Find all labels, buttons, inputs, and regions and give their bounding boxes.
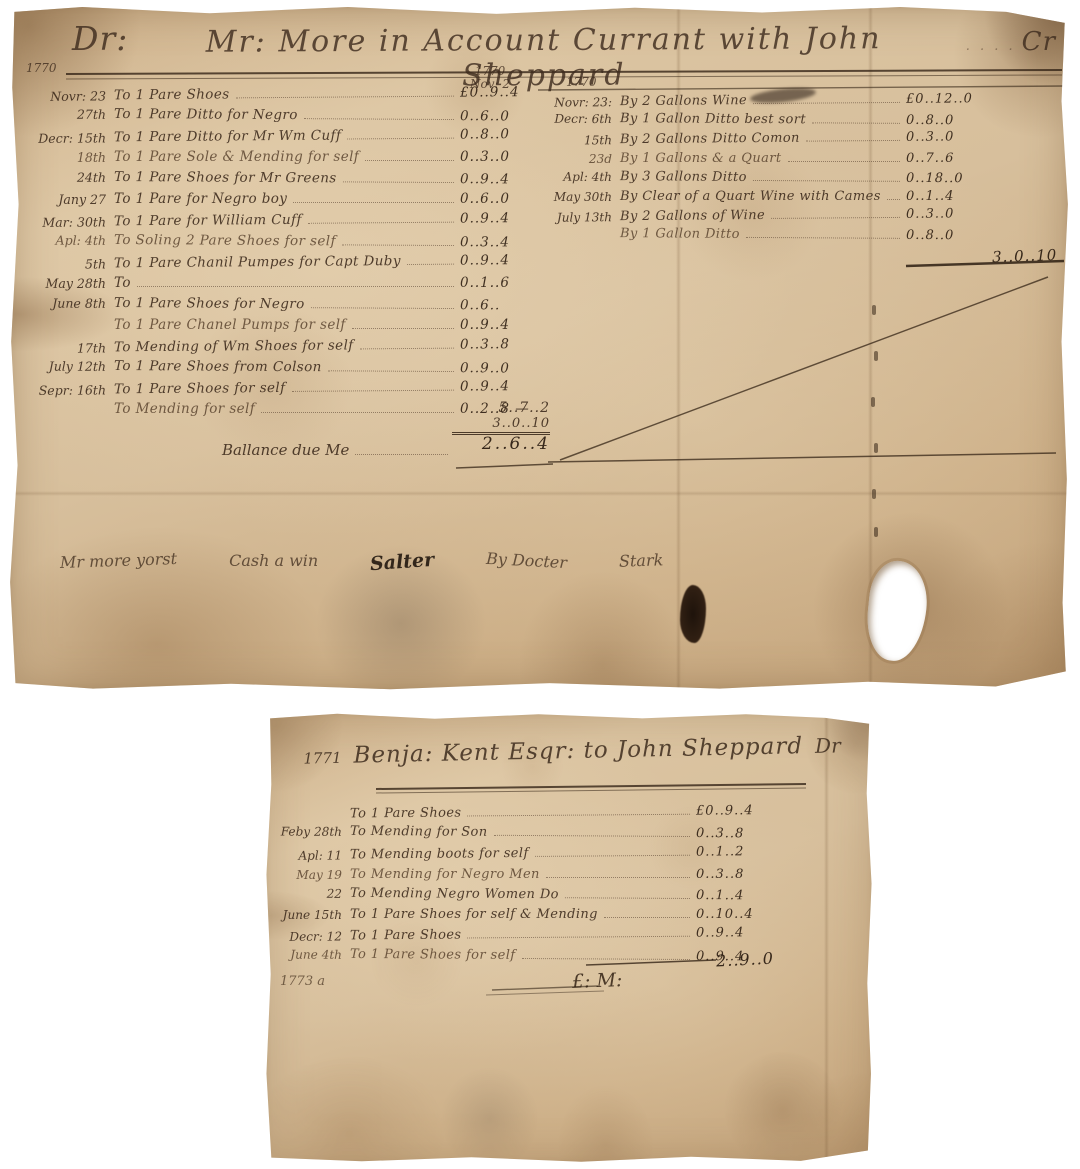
entry-date: Sepr: 16th — [22, 382, 114, 398]
entry-date: July 12th — [22, 358, 114, 374]
paper-sheet-1770-account: Dr: Mr: More in Account Currant with Joh… — [8, 5, 1070, 692]
debit-table-row: June 8th To 1 Pare Shoes for Negro 0..6.… — [22, 289, 542, 313]
dot-leader — [236, 96, 454, 99]
entry-amount: 0..9..4 — [460, 210, 542, 227]
debit-entries-table: Novr: 23 To 1 Pare Shoes £0..9..4 27th T… — [22, 81, 542, 417]
entry-description: To 1 Pare Chanel Pumps for self — [114, 317, 346, 333]
entry-description: To 1 Pare Shoes for Negro — [114, 295, 305, 312]
entry-amount: 0..3..0 — [906, 207, 988, 223]
table-row: 22 To Mending Negro Women Do 0..1..4 — [276, 880, 778, 903]
entry-date: May 19 — [276, 868, 350, 882]
dot-leader — [521, 958, 690, 960]
header-year: 1771 — [303, 749, 342, 768]
stitch-mark — [874, 527, 878, 537]
entry-description: To Soling 2 Pare Shoes for self — [114, 232, 336, 249]
entry-description: By 3 Gallons Ditto — [620, 169, 747, 185]
entry-date: Decr: 6th — [536, 112, 620, 127]
dot-leader — [806, 140, 900, 142]
entry-description: To 1 Pare Sole & Mending for self — [114, 149, 359, 165]
entry-amount: £0..9..4 — [460, 84, 542, 101]
stitch-mark — [874, 443, 878, 453]
entry-date: June 15th — [276, 908, 350, 922]
entry-date: 22 — [276, 886, 350, 900]
debit-table-row: Jany 27 To 1 Pare for Negro boy 0..6..0 — [22, 186, 542, 207]
dot-leader — [753, 180, 900, 182]
dot-leader — [887, 199, 900, 200]
stitch-mark — [872, 489, 876, 499]
entry-description: By 1 Gallon Ditto best sort — [620, 112, 806, 128]
entry-amount: 0..6.. — [460, 297, 542, 314]
entry-amount: 0..3..0 — [460, 149, 542, 165]
dot-leader — [812, 123, 900, 125]
entry-amount: £0..9..4 — [696, 803, 778, 819]
dot-leader — [565, 897, 690, 899]
dot-leader — [328, 370, 454, 372]
debit-table-row: Decr: 15th To 1 Pare Ditto for Mr Wm Cuf… — [22, 121, 542, 146]
entry-date: Apl: 4th — [536, 170, 620, 185]
dot-leader — [352, 328, 454, 329]
entry-date: Apl: 11 — [276, 849, 350, 864]
entry-date: 24th — [22, 169, 114, 185]
credit-table-row: By 1 Gallon Ditto 0..8..0 — [536, 222, 988, 244]
debit-sum: 5..7..2 — [452, 401, 550, 416]
credit-entries-table: Novr: 23: By 2 Gallons Wine £0..12..0 De… — [536, 89, 988, 243]
entry-description: To Mending for self — [114, 401, 255, 417]
entry-amount: 0..18..0 — [906, 171, 988, 187]
stitch-mark — [874, 351, 878, 361]
balance-label: Ballance due Me — [222, 441, 349, 459]
signature-initials: £: M: — [572, 969, 623, 993]
entry-amount: 0..3..0 — [906, 130, 988, 146]
debit-table-row: 5th To 1 Pare Chanil Pumpes for Capt Dub… — [22, 247, 542, 272]
entry-description: To 1 Pare Shoes from Colson — [114, 358, 322, 375]
balance-line: Ballance due Me — [222, 441, 454, 459]
dot-leader — [308, 222, 454, 224]
dot-leader — [746, 237, 900, 239]
debit-side-label: Dr: — [72, 19, 128, 58]
entry-date: Apl: 4th — [22, 232, 114, 248]
entry-date: Jany 27 — [22, 192, 114, 207]
debit-table-row: 24th To 1 Pare Shoes for Mr Greens 0..9.… — [22, 163, 542, 187]
entry-description: To 1 Pare Chanil Pumpes for Capt Duby — [114, 253, 401, 271]
entry-amount: 0..3..8 — [460, 336, 542, 353]
dot-leader — [535, 855, 690, 857]
entry-amount: 0..8..0 — [460, 126, 542, 143]
entry-date: Feby 28th — [276, 825, 350, 839]
table-row: June 15th To 1 Pare Shoes for self & Men… — [276, 902, 778, 922]
dot-leader — [342, 244, 454, 246]
entry-description: To 1 Pare Shoes for self & Mending — [350, 907, 598, 922]
dot-leader — [261, 412, 454, 413]
entry-description: To Mending boots for self — [350, 846, 529, 862]
entry-description: By 1 Gallons & a Quart — [620, 151, 782, 166]
stitch-mark — [872, 305, 876, 315]
dot-leader — [467, 936, 690, 939]
dot-leader — [494, 836, 690, 838]
entry-amount: 0..3..8 — [696, 867, 778, 882]
dot-leader — [546, 877, 690, 878]
dot-leader — [771, 217, 900, 219]
entry-date: June 8th — [22, 295, 114, 311]
dot-leader — [292, 390, 455, 392]
scanned-document-image: Dr: Mr: More in Account Currant with Joh… — [0, 0, 1080, 1169]
entries-table: To 1 Pare Shoes £0..9..4 Feby 28th To Me… — [276, 800, 778, 963]
dot-leader — [304, 118, 454, 120]
year-note: 1773 a — [280, 974, 325, 989]
dot-leader — [137, 286, 454, 287]
dot-leader — [365, 160, 454, 161]
entry-date: June 4th — [276, 948, 350, 962]
credit-table-row: May 30th By Clear of a Quart Wine with C… — [536, 185, 988, 204]
dot-leader — [311, 307, 454, 309]
table-row: May 19 To Mending for Negro Men 0..3..8 — [276, 861, 778, 881]
dot-leader — [407, 264, 454, 265]
entry-description: To Mending Negro Women Do — [350, 886, 559, 902]
entry-amount: 0..1..4 — [696, 888, 778, 904]
dot-leader — [788, 161, 901, 162]
debit-side-label: Dr — [815, 733, 841, 758]
entry-amount: 0..1..6 — [460, 275, 542, 291]
scribble-word: Salter — [370, 549, 436, 575]
dot-leader — [355, 454, 448, 455]
paper-sheet-1771-account: 1771 Benja: Kent Esqr: to John Sheppard … — [264, 712, 874, 1164]
entry-date: May 30th — [536, 190, 620, 204]
stitch-mark — [871, 397, 875, 407]
entry-date: 15th — [536, 134, 620, 149]
entry-description: By Clear of a Quart Wine with Cames — [620, 189, 881, 204]
table-row: June 4th To 1 Pare Shoes for self 0..9..… — [276, 941, 778, 964]
scribble-word: Stark — [619, 550, 664, 574]
entry-amount: 0..9..4 — [460, 378, 542, 395]
debit-table-row: May 28th To 0..1..6 — [22, 270, 542, 291]
balance-amount: 2..6..4 — [452, 435, 550, 452]
entry-amount: 0..1..2 — [696, 844, 778, 860]
year-right: 1770 — [566, 75, 597, 89]
entry-amount: 0..9..4 — [696, 926, 778, 942]
dot-leader — [293, 202, 454, 203]
entry-description: To 1 Pare for Negro boy — [114, 191, 287, 207]
credit-side-label: Cr — [1022, 27, 1056, 57]
entry-description: To 1 Pare Shoes for Mr Greens — [114, 169, 337, 186]
entry-date: 5th — [22, 256, 114, 272]
entry-amount: £0..12..0 — [906, 91, 988, 107]
entry-date: 23d — [536, 152, 620, 166]
header-dot-leader: . . . . — [966, 39, 1016, 54]
debit-table-row: Sepr: 16th To 1 Pare Shoes for self 0..9… — [22, 373, 542, 398]
entry-date — [536, 241, 620, 242]
entry-amount: 0..9..4 — [460, 171, 542, 188]
credit-table-row: Apl: 4th By 3 Gallons Ditto 0..18..0 — [536, 164, 988, 186]
credit-table-row: 15th By 2 Gallons Ditto Comon 0..3..0 — [536, 126, 988, 149]
credit-table-row: 23d By 1 Gallons & a Quart 0..7..6 — [536, 147, 988, 166]
scribble-word: Mr more yorst — [60, 549, 178, 575]
credit-sum-carried: 3..0..10 — [452, 416, 550, 435]
entry-description: To 1 Pare Shoes for self — [350, 947, 516, 963]
dot-leader — [343, 181, 454, 183]
entry-description: To Mending for Negro Men — [350, 867, 540, 882]
credit-total: 3..0..10 — [992, 246, 1058, 266]
entry-description: To Mending for Son — [350, 825, 488, 841]
scribble-word: Cash a win — [229, 551, 318, 573]
entry-description: To — [114, 275, 131, 291]
table-row: Apl: 11 To Mending boots for self 0..1..… — [276, 839, 778, 863]
entry-description: To 1 Pare Ditto for Mr Wm Cuff — [114, 128, 341, 146]
dot-leader — [467, 814, 690, 817]
account-total: 2..9..0 — [716, 948, 775, 970]
dot-leader — [604, 917, 690, 918]
debit-table-row: 18th To 1 Pare Sole & Mending for self 0… — [22, 144, 542, 165]
entry-amount: 0..8..0 — [906, 228, 988, 244]
entry-description: To 1 Pare Shoes for self — [114, 380, 286, 397]
entry-date: Decr: 15th — [22, 130, 114, 146]
scribble-word: By Docter — [486, 549, 568, 575]
entry-amount: 0..7..6 — [906, 151, 988, 166]
dot-leader — [360, 348, 454, 350]
debit-table-row: To 1 Pare Chanel Pumps for self 0..9..4 — [22, 312, 542, 333]
year-left: 1770 — [26, 61, 57, 75]
entry-description: By 2 Gallons Ditto Comon — [620, 131, 800, 147]
debit-totals-block: 5..7..2 3..0..10 2..6..4 — [452, 401, 550, 452]
entry-amount: 0..9..4 — [460, 252, 542, 269]
entry-date: 27th — [22, 106, 114, 122]
entry-description: By 1 Gallon Ditto — [620, 227, 740, 243]
pen-trial-scribbles: Mr more yorst Cash a win Salter By Docte… — [60, 551, 663, 573]
entry-description: To 1 Pare Ditto for Negro — [114, 106, 298, 123]
dot-leader — [347, 138, 454, 140]
